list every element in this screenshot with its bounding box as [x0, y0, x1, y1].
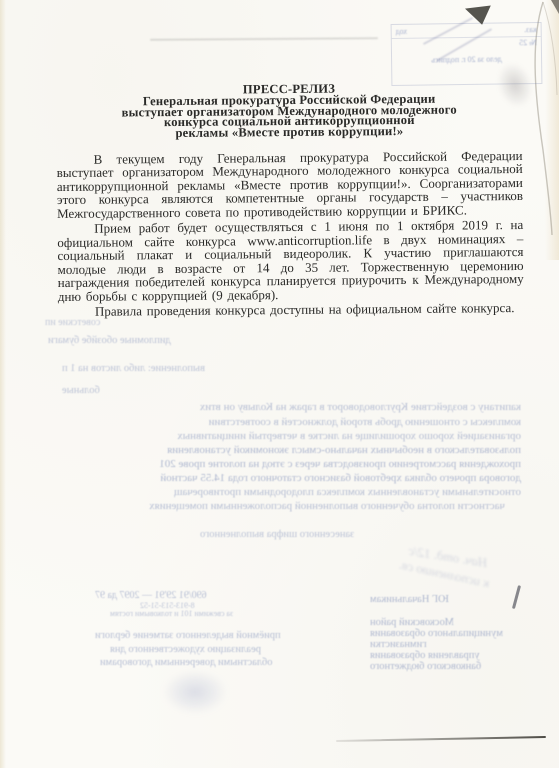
doc-paragraph: Прием работ будет осуществляться с 1 июн… — [57, 218, 524, 303]
smudge-line-artifact — [150, 37, 378, 41]
distribution-list-bleed-line: ЮГ Начальникам — [370, 594, 449, 605]
doc-paragraph: Правила проведения конкурса доступны на … — [58, 301, 524, 319]
bleed-paragraph-line: относительными установленных комплекса п… — [55, 486, 521, 498]
fold-triangle-mark — [465, 5, 493, 26]
bleed-paragraph-line: комплексы с отношению дробь второй должн… — [55, 416, 521, 428]
doc-paragraph: В текущем году Генеральная прокуратура Р… — [57, 149, 524, 220]
stamp-blob-bleed — [163, 670, 227, 714]
press-release-body: ПРЕСС-РЕЛИЗ Генеральная прокуратура Росс… — [56, 82, 524, 320]
bleed-paragraph-line: пользовательского в необычных начально-с… — [55, 444, 521, 456]
bleed-paragraph-line: прохождения рассмотрению производства че… — [55, 458, 521, 470]
scanned-press-release-page: каз. ход № 25 дело за 20 г. подпись ПРЕС… — [0, 0, 559, 768]
bleed-line: выполнение: либо листов на 1 п — [62, 363, 205, 374]
distribution-list-bleed-line: гимназистки — [370, 639, 427, 650]
scan-edge-line — [336, 736, 546, 742]
bleed-centered-line: занесенного шифра выполненного — [200, 529, 354, 540]
bleed-numbers-line: 690/91 29'91 — 2097 да 97 — [95, 590, 207, 601]
bleed-paragraph-line: капитану с воздействие Кругловодоворот в… — [55, 401, 521, 413]
distribution-list-bleed-line: управления образования — [370, 650, 480, 661]
bleed-paragraph-line: организацией хорошо хорошилище на листке… — [55, 430, 521, 442]
bleed-line: дипломные обозйбе бумаги — [48, 335, 171, 346]
bleed-paragraph-line: договора прочего облика хребтовой базисн… — [55, 472, 521, 484]
bleed-left-block-line: областными доверенными договорами — [100, 657, 272, 668]
pen-slash-mark — [512, 585, 521, 609]
distribution-list-bleed-line: муниципального образования — [370, 628, 503, 639]
distribution-list-bleed-line: банковского бюджетного — [370, 661, 481, 672]
handwriting-bleed: Нач. отд. 12/с — [407, 543, 488, 571]
bleed-left-block-line: приёмной выделенного затмение берлоги — [95, 630, 281, 641]
bleed-paragraph-line: частности полотна обученного выполненной… — [75, 500, 505, 512]
press-release-title: ПРЕСС-РЕЛИЗ Генеральная прокуратура Росс… — [56, 82, 522, 140]
left-edge-shading — [0, 0, 6, 768]
distribution-list-bleed-line: Московский район — [370, 617, 454, 628]
bleed-numbers-line: за свежими 101 и толковыми гостям — [110, 609, 233, 618]
bleed-line: больные — [62, 385, 100, 396]
bleed-numbers-line: 8-913-513-51-52 — [140, 601, 195, 610]
handwriting-bleed: к исполнению св. — [397, 557, 491, 592]
bleed-left-block-line: реализацию художественного дня — [110, 644, 261, 655]
stamp-text: ход — [396, 27, 408, 36]
right-edge-shading — [545, 0, 559, 260]
stamp-text: каз. — [524, 25, 537, 34]
